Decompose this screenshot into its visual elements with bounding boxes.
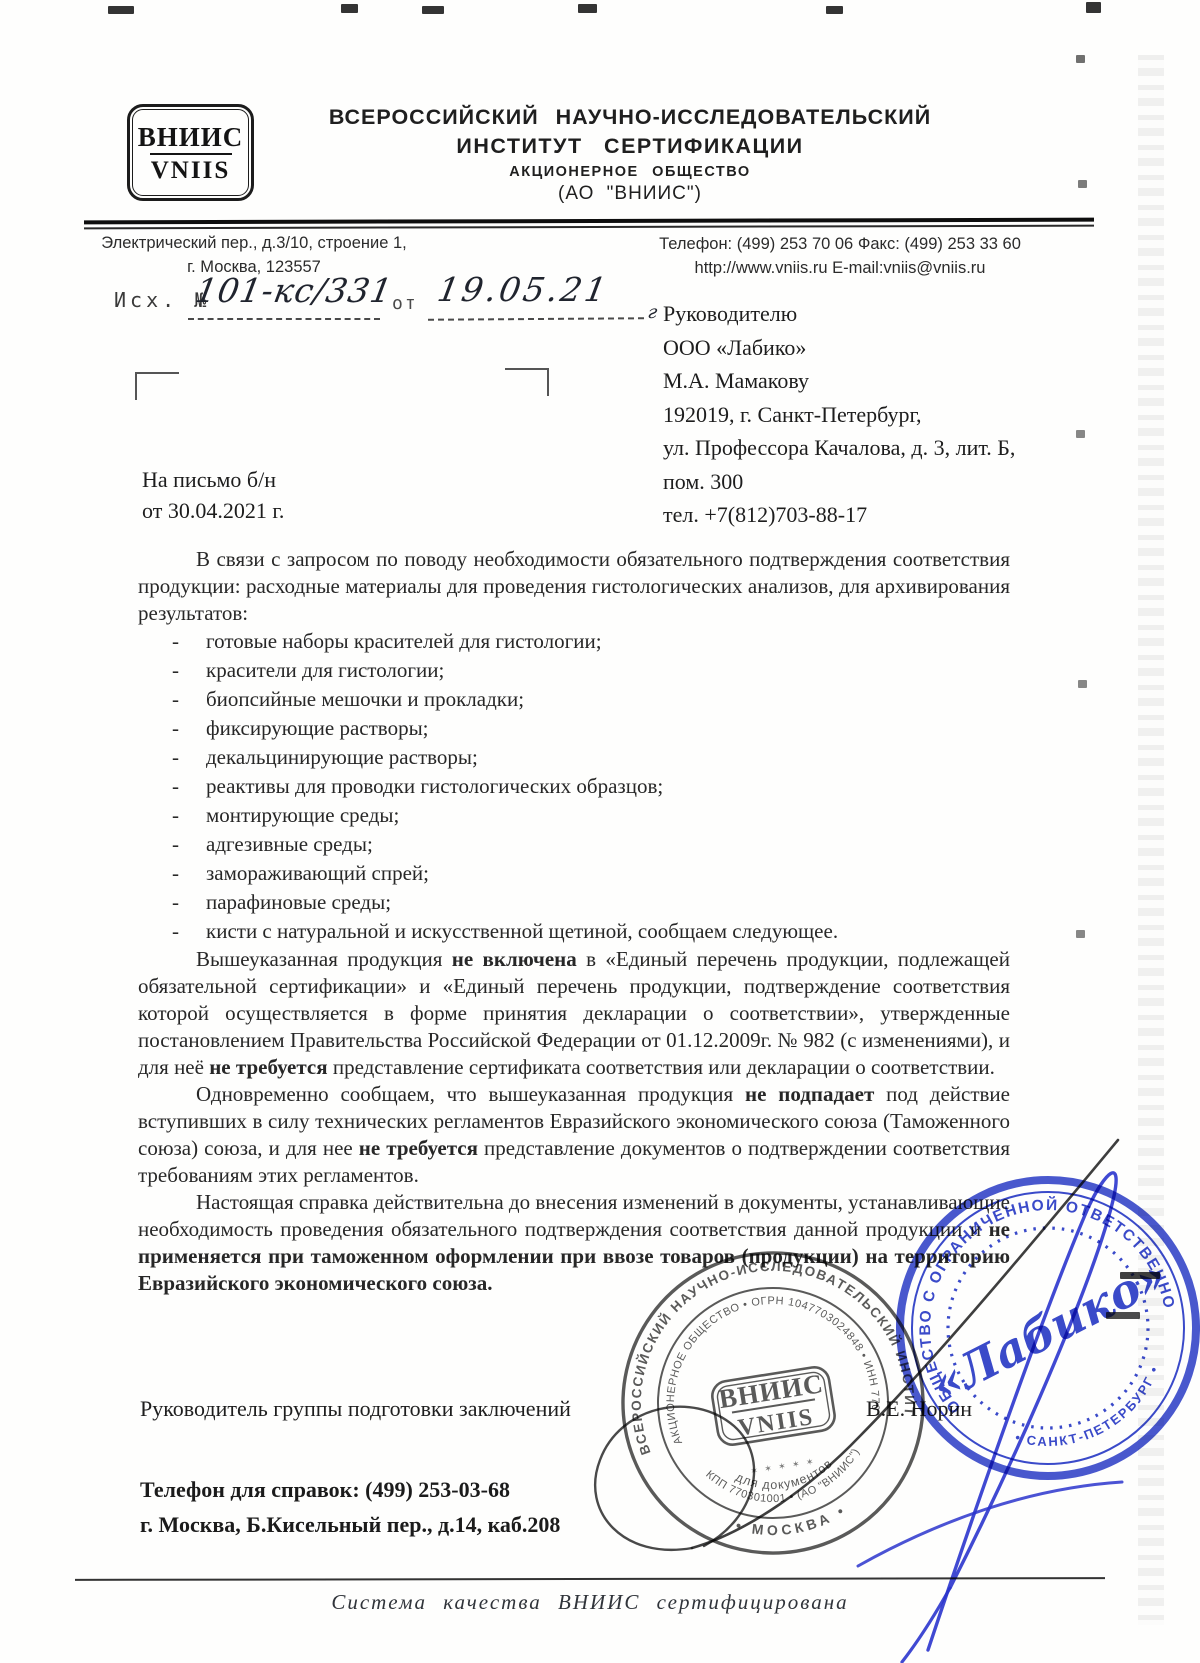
- letterhead-rule: [84, 218, 1094, 230]
- org-web-email: http://www.vniis.ru E-mail:vniis@vniis.r…: [600, 256, 1080, 280]
- recipient-line: пом. 300: [663, 465, 1015, 499]
- address-window-corner-right: [505, 368, 549, 396]
- vniis-logo: ВНИИС VNIIS: [127, 104, 254, 201]
- scan-artifact: [826, 6, 843, 14]
- scan-artifact: [1078, 680, 1087, 688]
- text-run: Вышеуказанная продукция: [196, 947, 452, 971]
- product-list: -готовые наборы красителей для гистологи…: [168, 627, 1010, 946]
- scanned-letter-page: ВНИИС VNIIS ВСЕРОССИЙСКИЙ НАУЧНО-ИССЛЕДО…: [0, 0, 1200, 1663]
- list-item: -замораживающий спрей;: [168, 859, 1010, 888]
- in-reply-to-line2: от 30.04.2021 г.: [142, 495, 284, 526]
- org-contacts: Телефон: (499) 253 70 06 Факс: (499) 253…: [600, 232, 1080, 280]
- list-item-text: парафиновые среды;: [206, 888, 391, 917]
- vniis-logo-inner: ВНИИС VNIIS: [132, 109, 249, 196]
- list-item: -биопсийные мешочки и прокладки;: [168, 685, 1010, 714]
- bold-run: не подпадает: [745, 1082, 874, 1106]
- list-item: -реактивы для проводки гистологических о…: [168, 772, 1010, 801]
- org-short-name: (АО "ВНИИС"): [300, 182, 960, 205]
- list-item-dash: -: [168, 859, 206, 888]
- recipient-line: тел. +7(812)703-88-17: [663, 498, 1015, 532]
- ref-number-underline: [188, 316, 380, 320]
- list-item-text: реактивы для проводки гистологических об…: [206, 772, 663, 801]
- bold-run: не требуется: [359, 1136, 478, 1160]
- org-name-line1: ВСЕРОССИЙСКИЙ НАУЧНО-ИССЛЕДОВАТЕЛЬСКИЙ: [300, 103, 960, 132]
- list-item-dash: -: [168, 743, 206, 772]
- scan-artifact: [1086, 2, 1101, 13]
- scan-artifact: [1076, 930, 1085, 938]
- list-item-text: монтирующие среды;: [206, 801, 399, 830]
- scan-artifact: [1076, 55, 1085, 63]
- ref-ot-label: от: [392, 293, 418, 314]
- recipient-line: 192019, г. Санкт-Петербург,: [663, 398, 1015, 432]
- text-run: представление сертификата соответствия и…: [328, 1055, 995, 1079]
- recipient-line: Руководителю: [663, 297, 1015, 331]
- vniis-logo-divider: [150, 153, 232, 155]
- bold-run: не включена: [452, 947, 577, 971]
- in-reply-to-line1: На письмо б/н: [142, 464, 284, 495]
- in-reply-to-block: На письмо б/н от 30.04.2021 г.: [142, 464, 284, 526]
- list-item-text: красители для гистологии;: [206, 656, 444, 685]
- list-item: -парафиновые среды;: [168, 888, 1010, 917]
- scan-artifact: [108, 6, 134, 14]
- ref-date-underline: [428, 315, 644, 321]
- recipient-line: М.А. Мамакову: [663, 364, 1015, 398]
- recipient-block: Руководителю ООО «Лабико» М.А. Мамакову …: [663, 297, 1015, 532]
- list-item-dash: -: [168, 685, 206, 714]
- signatory-role: Руководитель группы подготовки заключени…: [140, 1396, 571, 1422]
- scan-artifact: [578, 4, 597, 13]
- list-item: -кисти с натуральной и искусственной щет…: [168, 917, 1010, 946]
- list-item-text: кисти с натуральной и искусственной щети…: [206, 917, 838, 946]
- org-type: АКЦИОНЕРНОЕ ОБЩЕСТВО: [300, 163, 960, 182]
- list-item-dash: -: [168, 772, 206, 801]
- list-item: -адгезивные среды;: [168, 830, 1010, 859]
- org-address-line1: Электрический пер., д.3/10, строение 1,: [86, 231, 422, 255]
- text-run: Одновременно сообщаем, что вышеуказанная…: [196, 1082, 745, 1106]
- list-item-dash: -: [168, 656, 206, 685]
- list-item-text: замораживающий спрей;: [206, 859, 429, 888]
- paragraph-intro: В связи с запросом по поводу необходимос…: [138, 546, 1010, 627]
- list-item-text: биопсийные мешочки и прокладки;: [206, 685, 524, 714]
- letterhead-title: ВСЕРОССИЙСКИЙ НАУЧНО-ИССЛЕДОВАТЕЛЬСКИЙ И…: [300, 103, 960, 205]
- list-item-dash: -: [168, 801, 206, 830]
- list-item: -готовые наборы красителей для гистологи…: [168, 627, 1010, 656]
- paragraph-not-included: Вышеуказанная продукция не включена в «Е…: [138, 946, 1010, 1081]
- reference-address: г. Москва, Б.Кисельный пер., д.14, каб.2…: [140, 1507, 560, 1542]
- org-name-line2: ИНСТИТУТ СЕРТИФИКАЦИИ: [300, 132, 960, 161]
- scan-artifact: [1076, 430, 1085, 438]
- org-phone-fax: Телефон: (499) 253 70 06 Факс: (499) 253…: [600, 232, 1080, 256]
- text-run: В связи с запросом по поводу необходимос…: [138, 547, 1010, 625]
- list-item-text: адгезивные среды;: [206, 830, 373, 859]
- scan-artifact: [1078, 180, 1087, 188]
- recipient-line: ул. Профессора Качалова, д. 3, лит. Б,: [663, 431, 1015, 465]
- reference-contacts: Телефон для справок: (499) 253-03-68 г. …: [140, 1472, 560, 1542]
- list-item-dash: -: [168, 917, 206, 946]
- ref-number-handwritten: 101-кс/331: [193, 271, 396, 310]
- labiko-round-stamp: ОБЩЕСТВО С ОГРАНИЧЕННОЙ ОТВЕТСТВЕННОСТЬЮ…: [868, 1148, 1200, 1508]
- list-item-dash: -: [168, 888, 206, 917]
- list-item: -фиксирующие растворы;: [168, 714, 1010, 743]
- list-item-text: декальцинирующие растворы;: [206, 743, 478, 772]
- list-item: -декальцинирующие растворы;: [168, 743, 1010, 772]
- list-item-text: готовые наборы красителей для гистологии…: [206, 627, 602, 656]
- ref-date-handwritten: 19.05.21: [435, 270, 613, 309]
- list-item-dash: -: [168, 714, 206, 743]
- recipient-line: ООО «Лабико»: [663, 331, 1015, 365]
- list-item: -красители для гистологии;: [168, 656, 1010, 685]
- vniis-logo-text-ru: ВНИИС: [138, 122, 244, 152]
- scan-artifact: [422, 6, 444, 14]
- list-item-dash: -: [168, 830, 206, 859]
- footer-quality-note: Система качества ВНИИС сертифицирована: [75, 1590, 1105, 1615]
- bold-run: не требуется: [209, 1055, 327, 1079]
- list-item: -монтирующие среды;: [168, 801, 1010, 830]
- ref-date-suffix: г: [646, 302, 659, 323]
- vniis-logo-text-en: VNIIS: [151, 157, 230, 184]
- list-item-dash: -: [168, 627, 206, 656]
- reference-phone: Телефон для справок: (499) 253-03-68: [140, 1472, 560, 1507]
- list-item-text: фиксирующие растворы;: [206, 714, 429, 743]
- address-window-corner-left: [135, 372, 179, 400]
- scan-artifact: [341, 4, 358, 13]
